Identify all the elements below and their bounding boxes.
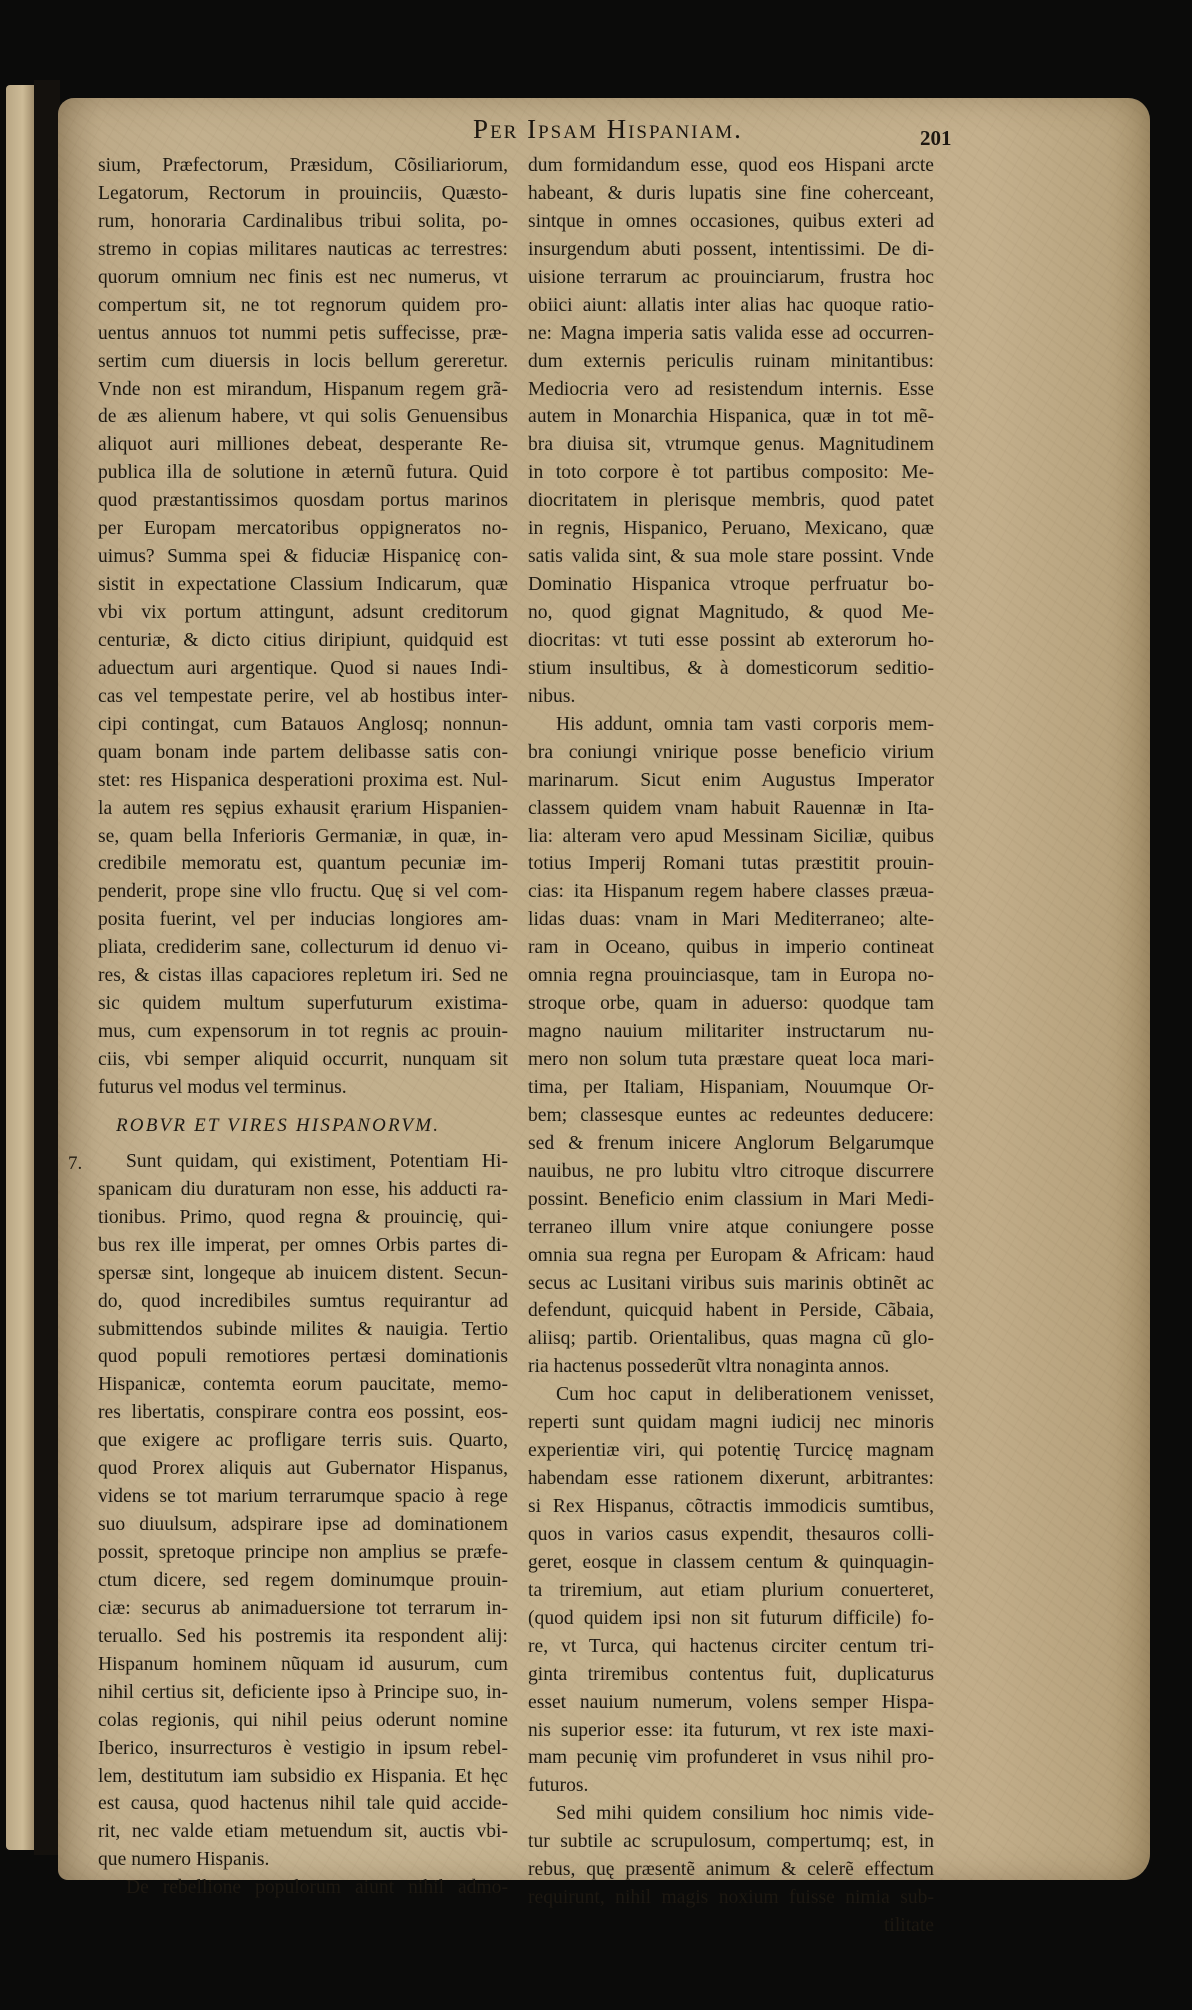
text-line: Legatorum, Rectorum in prouinciis, Quæst… [98, 180, 508, 208]
text-line: spanicam diu duraturam non esse, his add… [98, 1176, 508, 1204]
text-line: per Europam mercatoribus oppigneratos no… [98, 515, 508, 543]
text-line: requirunt, nihil magis noxium fuisse nim… [528, 1884, 934, 1912]
text-line: aliquot auri milliones debeat, desperant… [98, 431, 508, 459]
text-line: ctum dicere, sed regem dominumque prouin… [98, 1567, 508, 1595]
text-line: quod præstantissimos quosdam portus mari… [98, 487, 508, 515]
left-paragraph-1: sium, Præfectorum, Præsidum, Cõsiliarior… [98, 152, 508, 1102]
text-line: habendam esse rationem dixerunt, arbitra… [528, 1465, 934, 1493]
text-line: Iberico, insurrecturos è vestigio in ips… [98, 1735, 508, 1763]
text-line: si Rex Hispanus, cõtractis immodicis sum… [528, 1493, 934, 1521]
text-line: nis superior esse: ita futurum, vt rex i… [528, 1717, 934, 1745]
running-head: Per Ipsam Hispaniam. [328, 114, 888, 145]
text-line: penderit, prope sine vllo fructu. Quę si… [98, 878, 508, 906]
text-line: sic quidem multum superfuturum existima- [98, 990, 508, 1018]
text-line: tur subtile ac scrupulosum, compertumq; … [528, 1828, 934, 1856]
text-line: videns se tot marium terrarumque spacio … [98, 1483, 508, 1511]
text-line: rum, honoraria Cardinalibus tribui solit… [98, 208, 508, 236]
text-line: sintque in omnes occasiones, quibus exte… [528, 208, 934, 236]
text-line: publica illa de solutione in æternũ futu… [98, 459, 508, 487]
text-line: esset nauium numerum, volens semper Hisp… [528, 1689, 934, 1717]
text-line: lidas duas: vnam in Mari Mediterraneo; a… [528, 906, 934, 934]
right-paragraph-2: His addunt, omnia tam vasti corporis mem… [528, 711, 934, 1382]
text-line: rit, nec valde etiam metuendum sit, auct… [98, 1818, 508, 1846]
text-line: lem, destitutum iam subsidio ex Hispania… [98, 1763, 508, 1791]
text-line: quos in varios casus expendit, thesauros… [528, 1521, 934, 1549]
text-line: sistit in expectatione Classium Indicaru… [98, 571, 508, 599]
text-line: centuriæ, & dicto citius diripiunt, quid… [98, 627, 508, 655]
text-line: experientiæ viri, qui potentię Turcicę m… [528, 1437, 934, 1465]
text-line: la autem res sępius exhausit ęrarium His… [98, 795, 508, 823]
text-line: sium, Præfectorum, Præsidum, Cõsiliarior… [98, 152, 508, 180]
text-line: possint. Beneficio enim classium in Mari… [528, 1186, 934, 1214]
text-line: quod Prorex aliquis aut Gubernator Hispa… [98, 1455, 508, 1483]
text-line: De rebellione populorum aiunt nihil admo… [98, 1874, 508, 1902]
text-line: diocritas: vt tuti esse possint ab exter… [528, 627, 934, 655]
text-line: aliisq; partib. Orientalibus, quas magna… [528, 1325, 934, 1353]
text-line: futuros. [528, 1772, 934, 1800]
text-line: sed & frenum inicere Anglorum Belgarumqu… [528, 1130, 934, 1158]
text-line: insurgendum abuti possent, intentissimi.… [528, 236, 934, 264]
text-line: ram in Oceano, quibus in imperio contine… [528, 934, 934, 962]
text-line: suo diuulsum, adspirare ipse ad dominati… [98, 1511, 508, 1539]
text-line: futurus vel modus vel terminus. [98, 1074, 508, 1102]
text-line: cias: ita Hispanum regem habere classes … [528, 878, 934, 906]
text-line: marinarum. Sicut enim Augustus Imperator [528, 767, 934, 795]
text-line: uimus? Summa spei & fiduciæ Hispanicę co… [98, 543, 508, 571]
text-line: cas vel tempestate perire, vel ab hostib… [98, 683, 508, 711]
text-line: que numero Hispanis. [98, 1846, 508, 1874]
text-line: stremo in copias militares nauticas ac t… [98, 236, 508, 264]
previous-page-edge [6, 85, 34, 1850]
text-line: res libertatis, conspirare contra eos po… [98, 1399, 508, 1427]
text-line: terraneo illum vnire atque coniungere po… [528, 1214, 934, 1242]
text-line: nibus. [528, 683, 934, 711]
text-line: ta triremium, aut etiam plurium conuerte… [528, 1577, 934, 1605]
right-paragraph-1: dum formidandum esse, quod eos Hispani a… [528, 152, 934, 711]
text-line: bem; classesque euntes ac redeuntes dedu… [528, 1102, 934, 1130]
text-line: de æs alienum habere, vt qui solis Genue… [98, 403, 508, 431]
text-line: credibile memoratu est, quantum pecuniæ … [98, 850, 508, 878]
text-line: uentus annuos tot nummi petis suffecisse… [98, 320, 508, 348]
text-line: res, & cistas illas capaciores repletum … [98, 962, 508, 990]
text-line: submittendos subinde milites & nauigia. … [98, 1316, 508, 1344]
text-line: nauibus, ne pro lubitu vltro citroque di… [528, 1158, 934, 1186]
text-line: que exigere ac profligare terris suis. Q… [98, 1427, 508, 1455]
left-paragraph-2: Sunt quidam, qui existiment, Potentiam H… [98, 1148, 508, 1874]
left-paragraph-3: De rebellione populorum aiunt nihil admo… [98, 1874, 508, 1902]
text-line: no, quod gignat Magnitudo, & quod Me- [528, 599, 934, 627]
text-line: aduectum auri argentique. Quod si naues … [98, 655, 508, 683]
text-line: totius Imperij Romani tutas præstitit pr… [528, 850, 934, 878]
text-line: Hispanum hominem nũquam id ausurum, cum [98, 1651, 508, 1679]
section-heading: ROBVR ET VIRES HISPANORVM. [98, 1102, 508, 1148]
text-line: lia: alteram vero apud Messinam Siciliæ,… [528, 823, 934, 851]
text-line: tionibus. Primo, quod regna & prouincię,… [98, 1204, 508, 1232]
right-paragraph-3: Cum hoc caput in deliberationem venisset… [528, 1381, 934, 1800]
text-line: est causa, quod hactenus nihil tale quid… [98, 1790, 508, 1818]
text-line: in regnis, Hispanico, Peruano, Mexicano,… [528, 515, 934, 543]
text-line: omnia regna prouinciasque, tam in Europa… [528, 962, 934, 990]
text-line: do, quod incredibiles sumtus requirantur… [98, 1288, 508, 1316]
text-line: bra coniungi vnirique posse beneficio vi… [528, 739, 934, 767]
text-line: possit, spretoque principe non amplius s… [98, 1539, 508, 1567]
margin-note-number: 7. [68, 1150, 82, 1178]
right-paragraph-4: Sed mihi quidem consilium hoc nimis vide… [528, 1800, 934, 1912]
text-line: magno nauium militariter instructarum nu… [528, 1018, 934, 1046]
text-line: ginta triremibus contentus fuit, duplica… [528, 1661, 934, 1689]
text-line: reperti sunt quidam magni iudicij nec mi… [528, 1409, 934, 1437]
text-line: ciæ: securus ab animaduersione tot terra… [98, 1595, 508, 1623]
text-line: diocritatem in plerisque membris, quod p… [528, 487, 934, 515]
text-line: quorum omnium nec finis est nec numerus,… [98, 264, 508, 292]
text-line: mero non solum tuta præstare queat loca … [528, 1046, 934, 1074]
text-line: Vnde non est mirandum, Hispanum regem gr… [98, 376, 508, 404]
text-line: in toto corpore è tot partibus composito… [528, 459, 934, 487]
text-line: His addunt, omnia tam vasti corporis mem… [528, 711, 934, 739]
text-line: bus rex ille imperat, per omnes Orbis pa… [98, 1232, 508, 1260]
text-line: Sed mihi quidem consilium hoc nimis vide… [528, 1800, 934, 1828]
text-line: stium insultibus, & à domesticorum sedit… [528, 655, 934, 683]
text-line: obiici aiunt: allatis inter alias hac qu… [528, 292, 934, 320]
text-line: rebus, quę præsentẽ animum & celerẽ effe… [528, 1856, 934, 1884]
text-line: Cum hoc caput in deliberationem venisset… [528, 1381, 934, 1409]
text-line: habeant, & duris lupatis sine fine coher… [528, 180, 934, 208]
text-line: pliata, crediderim sane, collecturum id … [98, 934, 508, 962]
text-line: classem quidem vnam habuit Rauennæ in It… [528, 795, 934, 823]
text-line: ne: Magna imperia satis valida esse ad o… [528, 320, 934, 348]
text-line: teruallo. Sed his postremis ita responde… [98, 1623, 508, 1651]
text-line: vbi vix portum attingunt, adsunt credito… [98, 599, 508, 627]
text-line: tima, per Italiam, Hispaniam, Nouumque O… [528, 1074, 934, 1102]
page-number: 201 [920, 126, 952, 151]
text-line: quod populi remotiores pertæsi dominatio… [98, 1343, 508, 1371]
text-line: mam pecunię vim profunderet in vsus nihi… [528, 1744, 934, 1772]
text-line: Sunt quidam, qui existiment, Potentiam H… [98, 1148, 508, 1176]
text-line: satis valida sint, & sua mole stare poss… [528, 543, 934, 571]
text-line: autem in Monarchia Hispanica, quæ in tot… [528, 403, 934, 431]
text-line: nihil certius sit, deficiente ipso à Pri… [98, 1679, 508, 1707]
catchword: tilitate [528, 1912, 934, 1940]
text-line: cipi contingat, cum Batauos Anglosq; non… [98, 711, 508, 739]
text-line: Mediocria vero ad resistendum internis. … [528, 376, 934, 404]
text-line: ciis, vbi semper aliquid occurrit, nunqu… [98, 1046, 508, 1074]
text-line: ria hactenus possederũt vltra nonaginta … [528, 1353, 934, 1381]
text-line: bra diuisa sit, vtrumque genus. Magnitud… [528, 431, 934, 459]
right-column: dum formidandum esse, quod eos Hispani a… [528, 152, 934, 1940]
text-line: stroque orbe, quam in aduerso: quodque t… [528, 990, 934, 1018]
text-line: quam bonam inde partem delibasse satis c… [98, 739, 508, 767]
text-line: colas regionis, qui nihil peius oderunt … [98, 1707, 508, 1735]
text-line: re, vt Turca, qui hactenus circiter cent… [528, 1633, 934, 1661]
text-line: defendunt, quicquid habent in Perside, C… [528, 1297, 934, 1325]
text-line: omnia sua regna per Europam & Africam: h… [528, 1242, 934, 1270]
gutter-shadow [34, 80, 60, 1855]
text-line: (quod quidem ipsi non sit futurum diffic… [528, 1605, 934, 1633]
text-line: dum externis periculis ruinam minitantib… [528, 348, 934, 376]
text-line: dum formidandum esse, quod eos Hispani a… [528, 152, 934, 180]
text-line: compertum sit, ne tot regnorum quidem pr… [98, 292, 508, 320]
text-line: Dominatio Hispanica vtroque perfruatur b… [528, 571, 934, 599]
left-paragraph-2-wrapper: 7. Sunt quidam, qui existiment, Potentia… [98, 1148, 508, 1874]
text-line: spersæ sint, longeque ab inuicem distent… [98, 1260, 508, 1288]
text-line: mus, cum expensorum in tot regnis ac pro… [98, 1018, 508, 1046]
text-line: stet: res Hispanica desperationi proxima… [98, 767, 508, 795]
text-line: posita fuerint, vel per inducias longior… [98, 906, 508, 934]
book-page: Per Ipsam Hispaniam. 201 sium, Præfector… [58, 98, 1150, 1880]
text-line: uisione terrarum ac prouinciarum, frustr… [528, 264, 934, 292]
left-column: sium, Præfectorum, Præsidum, Cõsiliarior… [98, 152, 508, 1902]
text-line: se, quam bella Inferioris Germaniæ, in q… [98, 823, 508, 851]
text-line: geret, eosque in classem centum & quinqu… [528, 1549, 934, 1577]
text-line: secus ac Lusitani viribus suis marinis o… [528, 1270, 934, 1298]
text-line: sertim cum diuersis in locis bellum gere… [98, 348, 508, 376]
text-line: Hispanicæ, contemta eorum paucitate, mem… [98, 1371, 508, 1399]
